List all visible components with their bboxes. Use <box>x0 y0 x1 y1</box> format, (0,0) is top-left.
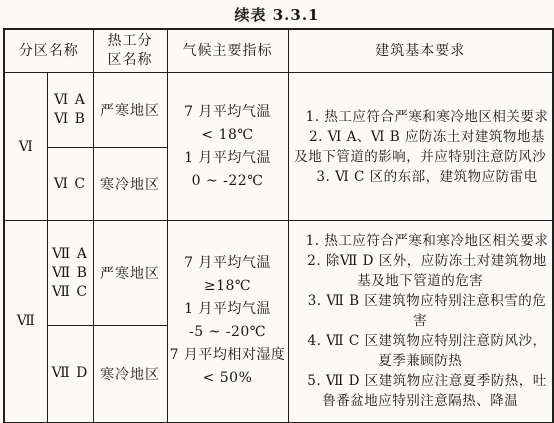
subzone-cell-via-vib: Ⅵ A Ⅵ B <box>47 73 93 148</box>
subzone-cell-vic: Ⅵ C <box>47 148 93 221</box>
climate-line: < 50% <box>170 367 286 390</box>
climate-indicators-vii: 7 月平均气温 ≥18℃ 1 月平均气温 -5 ~ -20℃ 7 月平均相对湿度… <box>167 221 288 423</box>
requirement-item: 4. Ⅶ C 区建筑物应特别注意防风沙，夏季兼顾防热 <box>291 331 551 371</box>
table-header-row: 分区名称 热工分 区名称 气候主要指标 建筑基本要求 <box>4 29 553 73</box>
requirement-item: 5. Ⅶ D 区建筑物应注意夏季防热，吐鲁番盆地应特别注意隔热、降温 <box>291 371 551 411</box>
requirement-item: 1. 热工应符合严寒和寒冷地区相关要求 <box>291 107 551 127</box>
subzone-label: Ⅶ A <box>50 245 91 264</box>
building-requirements-vi: 1. 热工应符合严寒和寒冷地区相关要求 2. Ⅵ A、Ⅵ B 应防冻土对建筑物地… <box>288 73 553 221</box>
thermal-zone-severe-cold-vi: 严寒地区 <box>93 73 167 148</box>
requirement-item: 2. 除Ⅶ D 区外，应防冻土对建筑物地基及地下管道的危害 <box>291 251 551 291</box>
climate-line: 7 月平均气温 <box>170 101 286 124</box>
climate-line: 0 ~ -22℃ <box>170 170 286 193</box>
subzone-label: Ⅶ C <box>50 283 91 302</box>
zone-label-vii: Ⅶ <box>4 221 47 423</box>
climate-zone-table: 分区名称 热工分 区名称 气候主要指标 建筑基本要求 Ⅵ Ⅵ A Ⅵ B 严寒地… <box>3 28 554 423</box>
zone-label-vi: Ⅵ <box>4 73 47 221</box>
table-row-vii-1: Ⅶ Ⅶ A Ⅶ B Ⅶ C 严寒地区 7 月平均气温 ≥18℃ 1 月平均气温 … <box>4 221 553 326</box>
header-climate-indicators: 气候主要指标 <box>167 29 288 73</box>
climate-indicators-vi: 7 月平均气温 < 18℃ 1 月平均气温 0 ~ -22℃ <box>167 73 288 221</box>
climate-line: ≥18℃ <box>170 275 286 298</box>
requirement-item: 3. Ⅶ B 区建筑物应特别注意积雪的危害 <box>291 291 551 331</box>
subzone-cell-viia-viib-viic: Ⅶ A Ⅶ B Ⅶ C <box>47 221 93 326</box>
climate-line: 1 月平均气温 <box>170 298 286 321</box>
thermal-zone-severe-cold-vii: 严寒地区 <box>93 221 167 326</box>
building-requirements-vii: 1. 热工应符合严寒和寒冷地区相关要求 2. 除Ⅶ D 区外，应防冻土对建筑物地… <box>288 221 553 423</box>
requirement-item: 3. Ⅵ C 区的东部，建筑物应防雷电 <box>291 167 551 187</box>
subzone-label: Ⅶ D <box>50 364 91 383</box>
table-row-vi-1: Ⅵ Ⅵ A Ⅵ B 严寒地区 7 月平均气温 < 18℃ 1 月平均气温 0 ~… <box>4 73 553 148</box>
header-zone-name: 分区名称 <box>4 29 93 73</box>
climate-line: 1 月平均气温 <box>170 147 286 170</box>
climate-line: < 18℃ <box>170 124 286 147</box>
header-thermal-zone-name: 热工分 区名称 <box>93 29 167 73</box>
thermal-zone-cold-vii: 寒冷地区 <box>93 326 167 423</box>
requirement-item: 1. 热工应符合严寒和寒冷地区相关要求 <box>291 231 551 251</box>
subzone-label: Ⅵ A <box>50 91 91 110</box>
header-thermal-line-2: 区名称 <box>96 51 165 70</box>
climate-line: -5 ~ -20℃ <box>170 321 286 344</box>
requirement-item: 2. Ⅵ A、Ⅵ B 应防冻土对建筑物地基及地下管道的影响，并应特别注意防风沙 <box>291 127 551 167</box>
subzone-label: Ⅶ B <box>50 264 91 283</box>
subzone-cell-viid: Ⅶ D <box>47 326 93 423</box>
header-building-requirements: 建筑基本要求 <box>288 29 553 73</box>
document-page: 续表 3.3.1 分区名称 热工分 区名称 气候主要指标 建筑基本要求 Ⅵ Ⅵ … <box>0 0 554 423</box>
climate-line: 7 月平均相对湿度 <box>170 344 286 367</box>
page-title: 续表 3.3.1 <box>0 0 554 28</box>
thermal-zone-cold-vi: 寒冷地区 <box>93 148 167 221</box>
header-thermal-line-1: 热工分 <box>96 32 165 51</box>
subzone-label: Ⅵ B <box>50 110 91 129</box>
subzone-label: Ⅵ C <box>50 175 91 194</box>
climate-line: 7 月平均气温 <box>170 252 286 275</box>
